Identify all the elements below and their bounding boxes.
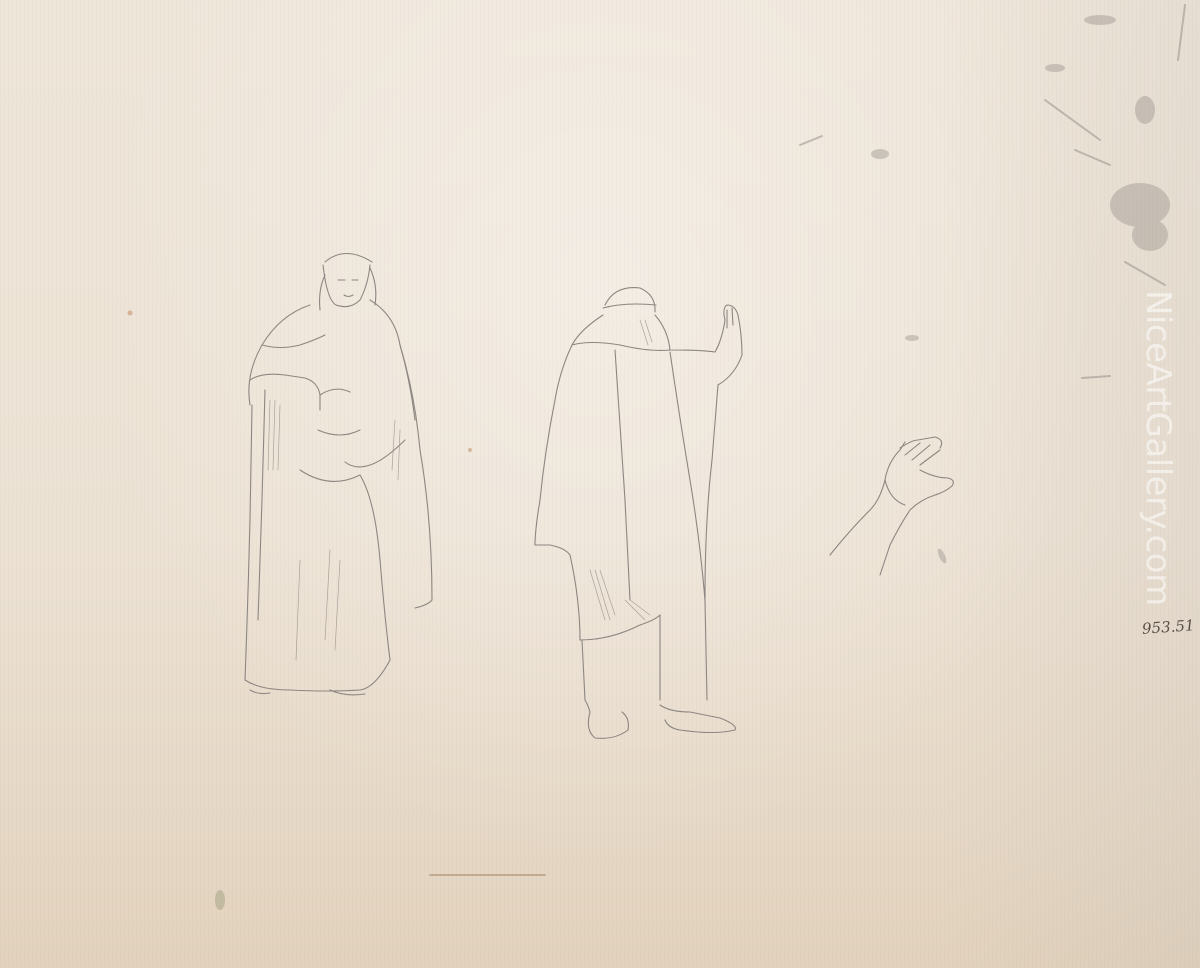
pencil-drawing bbox=[0, 0, 1200, 968]
figure-raising-hand bbox=[535, 288, 742, 739]
watermark-text: NiceArtGallery.com bbox=[1138, 290, 1178, 606]
inventory-inscription: 953.51 bbox=[1141, 616, 1195, 638]
figure-standing-robed bbox=[245, 254, 432, 695]
hand-study bbox=[830, 437, 953, 575]
ink-stains bbox=[128, 15, 1171, 910]
stain-streaks bbox=[430, 5, 1185, 875]
paper-sheet: NiceArtGallery.com 953.51 bbox=[0, 0, 1200, 968]
